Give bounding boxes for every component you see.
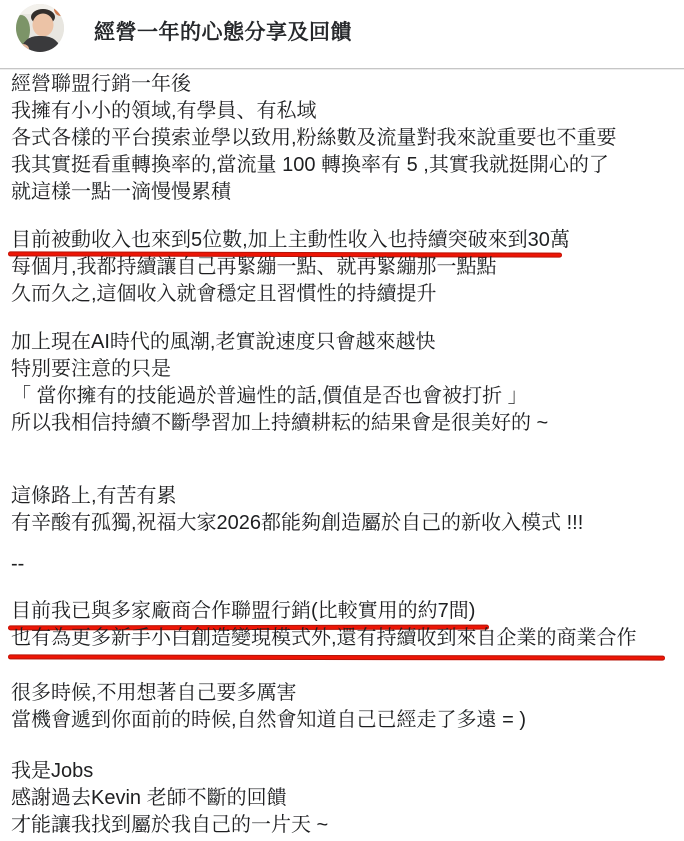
line-text: 當機會遞到你面前的時候,自然會知道自己已經走了多遠 = ): [11, 709, 526, 731]
line-text: 久而久之,這個收入就會穩定且習慣性的持續提升: [11, 283, 437, 305]
text-line: 我擁有小小的領域,有學員、有私域: [11, 98, 675, 125]
post-title: 經營一年的心態分享及回饋: [94, 16, 352, 46]
text-line: 我是Jobs: [11, 758, 675, 785]
text-line: 久而久之,這個收入就會穩定且習慣性的持續提升: [11, 281, 675, 308]
line-text: 「 當你擁有的技能過於普遍性的話,價值是否也會被打折 」: [11, 385, 528, 407]
paragraph-5-separator: --: [11, 551, 675, 578]
paragraph-2: 目前被動收入也來到5位數,加上主動性收入也持續突破來到30萬 每個月,我都持續讓…: [11, 227, 675, 308]
text-line: --: [11, 551, 675, 578]
paragraph-6: 目前我已與多家廠商合作聯盟行銷(比較實用的約7間) 也有為更多新手小白創造變現模…: [11, 598, 675, 652]
line-text: 感謝過去Kevin 老師不斷的回饋: [11, 787, 287, 809]
text-line: 才能讓我找到屬於我自己的一片天 ~: [11, 812, 675, 839]
line-text: 就這樣一點一滴慢慢累積: [11, 181, 231, 203]
line-text: 各式各樣的平台摸索並學以致用,粉絲數及流量對我來說重要也不重要: [11, 127, 617, 149]
line-text: 經營聯盟行銷一年後: [11, 73, 191, 95]
text-line: 有辛酸有孤獨,祝福大家2026都能夠創造屬於自己的新收入模式 !!!: [11, 510, 675, 537]
line-text: 很多時候,不用想著自己要多厲害: [11, 682, 297, 704]
line-text: 有辛酸有孤獨,祝福大家2026都能夠創造屬於自己的新收入模式 !!!: [11, 512, 583, 534]
author-avatar[interactable]: 4: [16, 4, 64, 52]
text-line: 每個月,我都持續讓自己再緊繃一點、就再緊繃那一點點: [11, 254, 675, 281]
text-line-underlined: 也有為更多新手小白創造變現模式外,還有持續收到來自企業的商業合作: [11, 625, 675, 652]
text-line: 「 當你擁有的技能過於普遍性的話,價值是否也會被打折 」: [11, 383, 675, 410]
text-line: 經營聯盟行銷一年後: [11, 71, 675, 98]
post-body: 經營聯盟行銷一年後 我擁有小小的領域,有學員、有私域 各式各樣的平台摸索並學以致…: [11, 71, 675, 839]
line-text: 特別要注意的只是: [11, 358, 171, 380]
text-line: 特別要注意的只是: [11, 356, 675, 383]
line-text: 也有為更多新手小白創造變現模式外,還有持續收到來自企業的商業合作: [11, 627, 637, 649]
text-line: 我其實挺看重轉換率的,當流量 100 轉換率有 5 ,其實我就挺開心的了: [11, 152, 675, 179]
text-line: 各式各樣的平台摸索並學以致用,粉絲數及流量對我來說重要也不重要: [11, 125, 675, 152]
text-line: 加上現在AI時代的風潮,老實說速度只會越來越快: [11, 329, 675, 356]
line-text: 這條路上,有苦有累: [11, 485, 177, 507]
text-line: 當機會遞到你面前的時候,自然會知道自己已經走了多遠 = ): [11, 707, 675, 734]
header-divider: [0, 68, 684, 69]
paragraph-4: 這條路上,有苦有累 有辛酸有孤獨,祝福大家2026都能夠創造屬於自己的新收入模式…: [11, 483, 675, 537]
line-text: --: [11, 553, 24, 575]
text-line: 所以我相信持續不斷學習加上持續耕耘的結果會是很美好的 ~: [11, 410, 675, 437]
text-line-underlined: 目前被動收入也來到5位數,加上主動性收入也持續突破來到30萬: [11, 227, 675, 254]
line-text: 我擁有小小的領域,有學員、有私域: [11, 100, 317, 122]
line-text: 我是Jobs: [11, 760, 93, 782]
paragraph-3: 加上現在AI時代的風潮,老實說速度只會越來越快 特別要注意的只是 「 當你擁有的…: [11, 329, 675, 437]
text-line: 就這樣一點一滴慢慢累積: [11, 179, 675, 206]
line-text: 才能讓我找到屬於我自己的一片天 ~: [11, 814, 328, 836]
red-underline-annotation: [8, 654, 665, 660]
text-line: 這條路上,有苦有累: [11, 483, 675, 510]
text-line: 感謝過去Kevin 老師不斷的回饋: [11, 785, 675, 812]
line-text: 所以我相信持續不斷學習加上持續耕耘的結果會是很美好的 ~: [11, 412, 548, 434]
paragraph-7: 很多時候,不用想著自己要多厲害 當機會遞到你面前的時候,自然會知道自己已經走了多…: [11, 680, 675, 734]
line-text: 加上現在AI時代的風潮,老實說速度只會越來越快: [11, 331, 435, 353]
line-text: 每個月,我都持續讓自己再緊繃一點、就再緊繃那一點點: [11, 256, 497, 278]
paragraph-1: 經營聯盟行銷一年後 我擁有小小的領域,有學員、有私域 各式各樣的平台摸索並學以致…: [11, 71, 675, 206]
line-text: 目前我已與多家廠商合作聯盟行銷(比較實用的約7間): [11, 600, 475, 622]
text-line: 很多時候,不用想著自己要多厲害: [11, 680, 675, 707]
paragraph-8: 我是Jobs 感謝過去Kevin 老師不斷的回饋 才能讓我找到屬於我自己的一片天…: [11, 758, 675, 839]
line-text: 目前被動收入也來到5位數,加上主動性收入也持續突破來到30萬: [11, 229, 570, 251]
post-header: 4 經營一年的心態分享及回饋: [0, 0, 684, 69]
line-text: 我其實挺看重轉換率的,當流量 100 轉換率有 5 ,其實我就挺開心的了: [11, 154, 609, 176]
text-line-underlined: 目前我已與多家廠商合作聯盟行銷(比較實用的約7間): [11, 598, 675, 625]
